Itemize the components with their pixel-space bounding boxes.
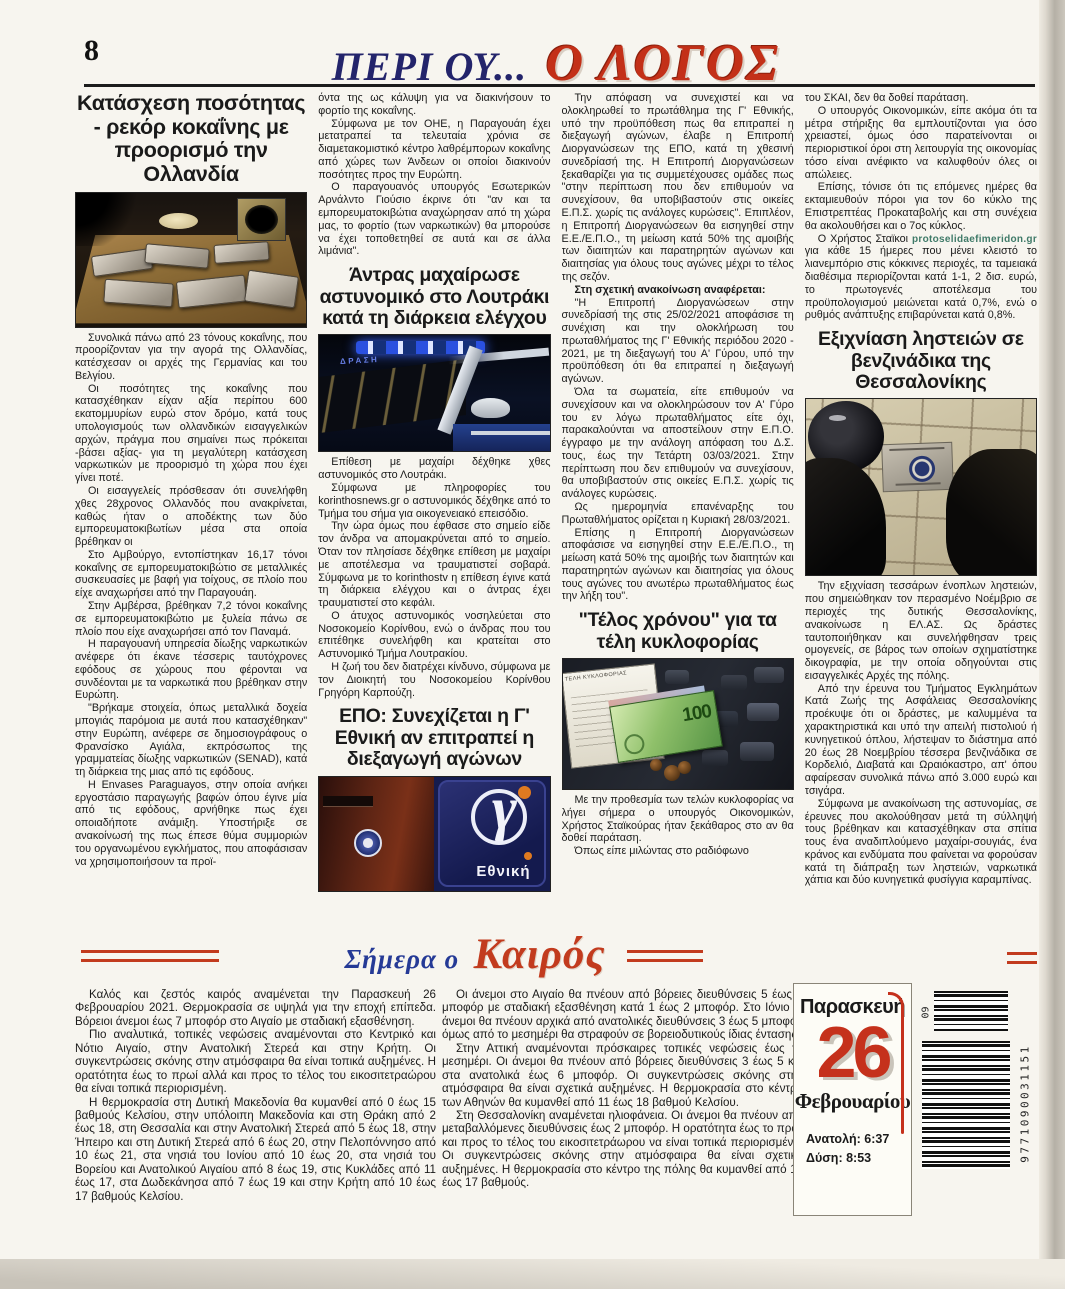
body-paragraph: Επίσης η Επιτροπή Διοργανώσεων αποφάσισε… — [562, 527, 794, 604]
weather-title-main: Καιρός — [474, 931, 606, 978]
photo-plate — [159, 213, 198, 229]
body-paragraph: Συνολικά πάνω από 23 τόνους κοκαΐνης, πο… — [75, 332, 307, 383]
police-emblem — [909, 456, 936, 483]
epo-emblem — [354, 829, 382, 857]
car-mirror — [471, 398, 510, 418]
column-1: Κατάσχεση ποσότητας - ρεκόρ κοκαΐνης με … — [75, 92, 307, 932]
weather-text: Καλός και ζεστός καιρός αναμένεται την Π… — [75, 988, 803, 1203]
banknote-ring — [623, 732, 646, 755]
body-paragraph: "Βρήκαμε στοιχεία, όπως μεταλλικά δοχεία… — [75, 702, 307, 779]
sunrise-time: Ανατολή: 6:37 — [806, 1130, 911, 1149]
calendar-red-line — [901, 1006, 904, 1134]
body-paragraph: Από την έρευνα του Τμήματος Εγκλημάτων Κ… — [805, 683, 1037, 798]
traffic-car — [740, 742, 774, 761]
body-paragraph: Όπως είπε μιλώντας στο ραδιόφωνο — [562, 845, 794, 858]
body-paragraph: Οι ποσότητες της κοκαΐνης που κατασχέθηκ… — [75, 383, 307, 485]
body-paragraph: Ο Χρήστος Σταϊκοι protoselidaefimeridon.… — [805, 233, 1037, 323]
header-rule — [84, 84, 1035, 87]
police-car-text: ΔΡΑΣΗ — [340, 355, 380, 367]
red-double-line-right — [1007, 952, 1037, 964]
barcode-main-bars — [922, 1041, 1010, 1169]
body-paragraph: Σύμφωνα με ανακοίνωση της αστυνομίας, σε… — [805, 798, 1037, 887]
body-paragraph: Η παραγουανή υπηρεσία δίωξης ναρκωτικών … — [75, 638, 307, 702]
epo-headline: ΕΠΟ: Συνεχίζεται η Γ' Εθνική αν επιτραπε… — [318, 706, 550, 770]
scan-edge-bottom — [0, 1259, 1065, 1289]
red-double-line-left — [81, 950, 219, 962]
barcode-top-bars — [934, 991, 1008, 1031]
police-car-photo: ΔΡΑΣΗ — [318, 334, 550, 452]
column-2: όντα της ως κάλυψη για να διακινήσουν το… — [318, 92, 550, 932]
site-watermark: protoselidaefimeridon.gr — [912, 234, 1037, 245]
epo-logo-photo: γ Εθνική — [318, 776, 550, 892]
epo-logo-text: Εθνική — [476, 863, 530, 881]
body-paragraph: Στην Αμβέρσα, βρέθηκαν 7,2 τόνοι κοκαΐνη… — [75, 600, 307, 638]
orange-dot — [518, 786, 531, 799]
body-paragraph: Η Envases Paraguayos, στην οποία ανήκει … — [75, 779, 307, 868]
issue-barcode: 09 9771090031151 — [920, 985, 1020, 1190]
weather-paragraph: Πιο αναλυτικά, τοπικές νεφώσεις αναμένον… — [75, 1028, 436, 1095]
car-body — [453, 424, 550, 452]
body-paragraph: Σύμφωνα με τον ΟΗΕ, η Παραγουάη έχει μετ… — [318, 118, 550, 182]
column-3: Την απόφαση να συνεχιστεί και να ολοκληρ… — [562, 92, 794, 932]
robbery-police-photo — [805, 398, 1037, 576]
body-paragraph: Ως ημερομηνία επανέναρξης του Πρωταθλήμα… — [562, 501, 794, 527]
weather-paragraph: Στη Θεσσαλονίκη αναμένεται ηλιοφάνεια. Ο… — [442, 1109, 803, 1190]
traffic-car — [702, 750, 728, 766]
sun-times: Ανατολή: 6:37 Δύση: 8:53 — [806, 1130, 911, 1168]
weather-title-kicker: Σήμερα ο — [344, 944, 459, 974]
traffic-car — [665, 670, 689, 684]
body-paragraph: "Η Επιτροπή Διοργανώσεων στην συνεδρίασή… — [562, 297, 794, 386]
traffic-car — [747, 703, 779, 721]
body-paragraph: Με την προθεσμία των τελών κυκλοφορίας ν… — [562, 794, 794, 845]
cocaine-seizure-photo — [75, 192, 307, 328]
calendar-date: 26 — [794, 1019, 911, 1087]
body-paragraph: Η ζωή του δεν διατρέχει κίνδυνο, σύμφωνα… — [318, 661, 550, 699]
body-paragraph: Επίσης, τόνισε ότι τις επόμενες ημέρες θ… — [805, 181, 1037, 232]
body-paragraph: Όλα τα σωματεία, είτε επιθυμούν να συνεχ… — [562, 386, 794, 501]
telos-headline: "Τέλος χρόνου" για τα τέλη κυκλοφορίας — [562, 610, 794, 653]
road-tax-photo: ΤΕΛΗ ΚΥΚΛΟΦΟΡΙΑΣ 100 — [562, 658, 794, 790]
photo-shadow — [76, 193, 136, 247]
sunset-time: Δύση: 8:53 — [806, 1149, 911, 1168]
body-paragraph: Την ώρα όμως που έφθασε στο σημείο είδε … — [318, 520, 550, 609]
weather-column-right: Οι άνεμοι στο Αιγαίο θα πνέουν από βόρει… — [442, 988, 803, 1203]
weather-paragraph: Στην Αττική αναμένονται πρόσκαιρες τοπικ… — [442, 1042, 803, 1109]
barcode-top-code: 09 — [921, 993, 932, 1033]
body-paragraph: Ο άτυχος αστυνομικός νοσηλεύεται στο Νοσ… — [318, 610, 550, 661]
weather-paragraph: Οι άνεμοι στο Αιγαίο θα πνέουν από βόρει… — [442, 988, 803, 1042]
coin — [678, 761, 691, 774]
paragraph-rest: για κάθε 15 ήμερες που μένει κλειστό το … — [805, 245, 1037, 321]
epo-building — [319, 777, 434, 891]
tax-paper-text: ΤΕΛΗ ΚΥΚΛΟΦΟΡΙΑΣ — [562, 665, 655, 684]
masthead-kicker: ΠΕΡΙ ΟΥ... — [332, 44, 527, 89]
calendar-month: Φεβρουαρίου — [794, 1089, 911, 1114]
gamma-glyph: γ — [492, 778, 517, 838]
car-stripe — [471, 431, 549, 436]
calendar-widget: Παρασκευή 26 Φεβρουαρίου Ανατολή: 6:37 Δ… — [793, 983, 912, 1216]
announcement-label: Στη σχετική ανακοίνωση αναφέρεται: — [562, 284, 794, 297]
body-paragraph: Οι εισαγγελείς πρόσθεσαν ότι συνελήφθη χ… — [75, 485, 307, 549]
scan-edge-right — [1039, 0, 1065, 1289]
body-paragraph: Επίθεση με μαχαίρι δέχθηκε χθες αστυνομι… — [318, 456, 550, 482]
epo-logo-panel: γ Εθνική — [438, 780, 546, 887]
body-paragraph: όντα της ως κάλυψη για να διακινήσουν το… — [318, 92, 550, 118]
body-paragraph: Ο παραγουανός υπουργός Εσωτερικών Αρνάλν… — [318, 181, 550, 258]
banknote-value: 100 — [681, 701, 713, 728]
column-4: του ΣΚΑΙ, δεν θα δοθεί παράταση. Ο υπουρ… — [805, 92, 1037, 932]
body-paragraph: Την απόφαση να συνεχιστεί και να ολοκληρ… — [562, 92, 794, 284]
cocaine-package — [244, 270, 299, 309]
traffic-car — [721, 675, 747, 690]
newspaper-page: 8 ΠΕΡΙ ΟΥ... Ο ΛΟΓΟΣ Κατάσχεση ποσότητας… — [0, 0, 1065, 1289]
body-paragraph: Σύμφωνα με πληροφορίες του korinthosnews… — [318, 482, 550, 520]
loutraki-headline: Άντρας μαχαίρωσε αστυνομικό στο Λουτράκι… — [318, 265, 550, 329]
body-paragraph: Στο Αμβούργο, εντοπίστηκαν 16,17 τόνοι κ… — [75, 549, 307, 600]
police-lightbar — [356, 341, 485, 354]
officer-right — [946, 449, 1037, 577]
cocaine-package — [103, 279, 174, 308]
epo-sign — [323, 796, 374, 806]
orange-dot-small — [524, 852, 532, 860]
weather-header: Σήμερα ο Καιρός — [75, 930, 1037, 982]
body-paragraph: Την εξιχνίαση τεσσάρων ένοπλων ληστειών,… — [805, 580, 1037, 682]
body-paragraph: του ΣΚΑΙ, δεν θα δοθεί παράταση. — [805, 92, 1037, 105]
body-paragraph: Ο υπουργός Οικονομικών, είπε ακόμα ότι τ… — [805, 105, 1037, 182]
photo-tin — [237, 198, 285, 241]
red-double-line-middle — [627, 950, 703, 962]
traffic-car — [754, 667, 784, 683]
weather-column-left: Καλός και ζεστός καιρός αναμένεται την Π… — [75, 988, 436, 1203]
robbery-headline: Εξιχνίαση ληστειών σε βενζινάδικα της Θε… — [805, 329, 1037, 393]
barcode-number: 9771090031151 — [1019, 1029, 1032, 1179]
articles-area: Κατάσχεση ποσότητας - ρεκόρ κοκαΐνης με … — [75, 92, 1037, 932]
cocaine-headline: Κατάσχεση ποσότητας - ρεκόρ κοκαΐνης με … — [75, 92, 307, 187]
paragraph-start: Ο Χρήστος Σταϊκοι — [818, 233, 908, 245]
weather-paragraph: Η θερμοκρασία στη Δυτική Μακεδονία θα κυ… — [75, 1096, 436, 1204]
weather-paragraph: Καλός και ζεστός καιρός αναμένεται την Π… — [75, 988, 436, 1028]
police-plaque — [881, 442, 954, 492]
coin — [650, 759, 662, 771]
